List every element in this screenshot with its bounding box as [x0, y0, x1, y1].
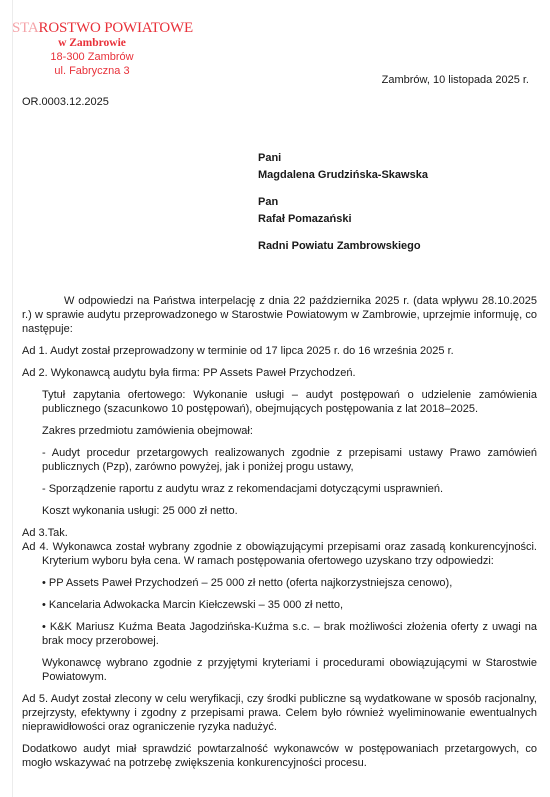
- answer-2-scope-item: - Sporządzenie raportu z audytu wraz z r…: [42, 482, 537, 496]
- answer-4: Ad 4. Wykonawca został wybrany zgodnie z…: [22, 540, 537, 568]
- answer-2: Ad 2. Wykonawcą audytu była firma: PP As…: [22, 366, 537, 380]
- recipient-1-name: Magdalena Grudzińska-Skawska: [258, 167, 428, 184]
- stamp-faded-text: STA: [12, 20, 39, 36]
- answer-1: Ad 1. Audyt został przeprowadzony w term…: [22, 344, 537, 358]
- stamp-office-text: ROSTWO POWIATOWE: [39, 20, 193, 36]
- page-edge: [12, 0, 13, 797]
- answer-4-offer: • Kancelaria Adwokacka Marcin Kiełczewsk…: [42, 598, 537, 612]
- office-stamp: STAROSTWO POWIATOWE w Zambrowie 18-300 Z…: [10, 20, 160, 78]
- recipient-2-title: Pan: [258, 194, 428, 211]
- answer-2-title: Tytuł zapytania ofertowego: Wykonanie us…: [42, 388, 537, 416]
- answer-5: Ad 5. Audyt został zlecony w celu weryfi…: [22, 692, 537, 734]
- answer-3: Ad 3.Tak.: [22, 526, 537, 540]
- stamp-office-name: STAROSTWO POWIATOWE: [12, 20, 160, 36]
- stamp-street: ul. Fabryczna 3: [24, 64, 160, 78]
- stamp-postcode: 18-300 Zambrów: [24, 50, 160, 64]
- answer-4-offer: • K&K Mariusz Kuźma Beata Jagodzińska-Ku…: [42, 620, 537, 648]
- recipients-block: Pani Magdalena Grudzińska-Skawska Pan Ra…: [258, 150, 428, 255]
- letter-date: Zambrów, 10 listopada 2025 r.: [382, 74, 529, 86]
- answer-2-cost: Koszt wykonania usługi: 25 000 zł netto.: [42, 504, 537, 518]
- answer-4-offer: • PP Assets Paweł Przychodzeń – 25 000 z…: [42, 576, 537, 590]
- recipient-2-name: Rafał Pomazański: [258, 211, 428, 228]
- answer-2-scope-item: - Audyt procedur przetargowych realizowa…: [42, 446, 537, 474]
- letter-body: W odpowiedzi na Państwa interpelację z d…: [22, 294, 537, 778]
- answer-5-additional: Dodatkowo audyt miał sprawdzić powtarzal…: [22, 742, 537, 770]
- answer-4-conclusion: Wykonawcę wybrano zgodnie z przyjętymi k…: [42, 656, 537, 684]
- stamp-town: w Zambrowie: [24, 36, 160, 50]
- reference-number: OR.0003.12.2025: [22, 96, 109, 108]
- intro-paragraph: W odpowiedzi na Państwa interpelację z d…: [22, 294, 537, 336]
- answer-2-scope-heading: Zakres przedmiotu zamówienia obejmował:: [42, 424, 537, 438]
- recipient-3-name: Radni Powiatu Zambrowskiego: [258, 238, 428, 255]
- recipient-1-title: Pani: [258, 150, 428, 167]
